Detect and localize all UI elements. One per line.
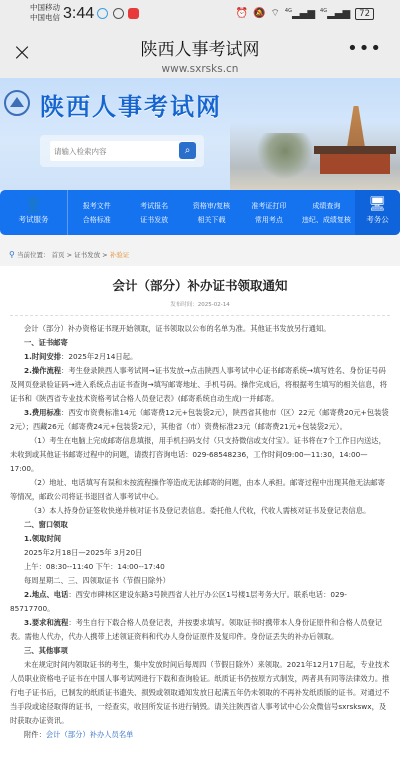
paragraph: （2）地址、电话填写有误和未按流程操作等造成无法邮寄的问题，由本人承担。邮寄过程… xyxy=(10,476,390,504)
breadcrumb-label: 当前位置： xyxy=(17,251,50,259)
breadcrumb: ⚲ 当前位置： 首页 > 证书发放 > 补验证 xyxy=(0,244,400,264)
nav-exam-announcements[interactable]: 🖥 考务公 xyxy=(355,190,400,235)
date-label: 发布时间： xyxy=(170,302,198,308)
search-icon: ⌕ xyxy=(185,145,191,156)
temple-image xyxy=(320,152,390,174)
intro-paragraph: 会计（部分）补办资格证书现开始领取，证书领取以公布的名单为准。其他证书发放另行通… xyxy=(10,322,390,336)
nav-link[interactable]: 报考文件 xyxy=(68,199,125,213)
nav-link[interactable]: 合格标准 xyxy=(68,213,125,227)
search-box: ⌕ xyxy=(40,135,204,167)
nav-link[interactable]: 准考证打印 xyxy=(240,199,297,213)
section-heading: 二、窗口领取 xyxy=(10,518,390,532)
article: 会计（部分）补办证书领取通知 发布时间：2025-02-14 会计（部分）补办资… xyxy=(0,266,400,780)
label: 3.费用标准 xyxy=(24,408,61,417)
battery-icon: 72 xyxy=(355,8,374,20)
user-star-icon: 👤 xyxy=(0,196,67,214)
carrier-2: 中国电信 xyxy=(30,13,60,23)
search-button[interactable]: ⌕ xyxy=(179,142,196,159)
attachment-link[interactable]: 会计（部分）补办人员名单 xyxy=(46,730,134,739)
trees-image xyxy=(255,133,315,178)
monitor-clock-icon: 🖥 xyxy=(355,195,400,214)
nav-exam-service-label: 考试服务 xyxy=(0,214,67,225)
nav-column: 考试报名 证书发放 xyxy=(125,190,182,235)
page-url: www.sxrsks.cn xyxy=(0,63,400,75)
article-body: 会计（部分）补办资格证书现开始领取，证书领取以公布的名单为准。其他证书发放另行通… xyxy=(10,322,390,742)
app-notification-icon xyxy=(113,8,124,19)
search-input[interactable] xyxy=(50,141,195,161)
carrier-1: 中国移动 xyxy=(30,3,60,13)
label: 1.时间安排 xyxy=(24,352,61,361)
paragraph: 3.费用标准：西安市资费标准14元（邮寄费12元+包装袋2元），陕西省其他市（区… xyxy=(10,406,390,434)
paragraph: 上午：08:30--11:40 下午：14:00--17:40 xyxy=(10,560,390,574)
paragraph: 未在规定时间内领取证书的考生，集中发放时间后每周四（节假日除外）来领取。2021… xyxy=(10,658,390,728)
attachment: 附件：会计（部分）补办人员名单 xyxy=(10,728,390,742)
carrier-info: 中国移动 中国电信 xyxy=(30,3,60,23)
close-icon[interactable]: × xyxy=(12,40,32,64)
article-title: 会计（部分）补办证书领取通知 xyxy=(10,276,390,294)
text: ：考生登录陕西人事考试网→证书发放→点击陕西人事考试中心证书邮寄系统→填写姓名、… xyxy=(10,366,387,403)
paragraph: 1.时间安排：2025年2月14日起。 xyxy=(10,350,390,364)
label: 2.操作流程 xyxy=(24,366,61,375)
nav-link[interactable]: 资格审/复核 xyxy=(183,199,240,213)
clock: 3:44 xyxy=(63,5,94,23)
breadcrumb-separator: > xyxy=(65,251,75,259)
nav-announce-label: 考务公 xyxy=(355,214,400,225)
more-icon[interactable]: ••• xyxy=(347,38,382,59)
browser-titlebar: × 陕西人事考试网 www.sxrsks.cn ••• xyxy=(0,30,400,78)
breadcrumb-section[interactable]: 证书发放 xyxy=(74,251,100,259)
nav-link[interactable]: 相关下载 xyxy=(183,213,240,227)
status-bar: 中国移动 中国电信 3:44 ⏰ 🔕 ⌔ 4G▂▄▆ 4G▂▄▆ 72 xyxy=(0,0,400,30)
app-notification-icon xyxy=(128,8,139,19)
breadcrumb-separator: > xyxy=(100,251,110,259)
nav-link[interactable]: 证书发放 xyxy=(125,213,182,227)
paragraph: （1）考生在电脑上完成邮寄信息填报，用手机扫码支付（只支持微信或支付宝）。证书将… xyxy=(10,434,390,476)
nav-column: 报考文件 合格标准 xyxy=(68,190,125,235)
main-nav: 👤 考试服务 报考文件 合格标准 考试报名 证书发放 资格审/复核 相关下载 准… xyxy=(0,190,400,235)
nav-link[interactable]: 成绩查询 xyxy=(298,199,355,213)
label: 3.要求和流程 xyxy=(24,618,68,627)
signal-icon: 4G▂▄▆ xyxy=(320,8,350,19)
section-heading: 一、证书邮寄 xyxy=(10,336,390,350)
breadcrumb-current: 补验证 xyxy=(110,251,130,259)
site-name[interactable]: 陕西人事考试网 xyxy=(40,87,222,122)
alarm-icon: ⏰ xyxy=(236,8,248,19)
status-icons: ⏰ 🔕 ⌔ 4G▂▄▆ 4G▂▄▆ 72 xyxy=(236,7,374,20)
date-value: 2025-02-14 xyxy=(198,302,230,308)
site-logo-icon[interactable] xyxy=(4,90,30,116)
text: ：2025年2月14日起。 xyxy=(61,352,137,361)
app-notification-icon xyxy=(97,8,108,19)
breadcrumb-home[interactable]: 首页 xyxy=(52,251,65,259)
text: ：西安市资费标准14元（邮寄费12元+包装袋2元），陕西省其他市（区）22元（邮… xyxy=(10,408,389,431)
paragraph: 3.要求和流程：考生自行下载合格人员登记表，并按要求填写。领取证书时携带本人身份… xyxy=(10,616,390,644)
location-pin-icon: ⚲ xyxy=(9,250,15,259)
paragraph: 2.操作流程：考生登录陕西人事考试网→证书发放→点击陕西人事考试中心证书邮寄系统… xyxy=(10,364,390,406)
nav-columns: 报考文件 合格标准 考试报名 证书发放 资格审/复核 相关下载 准考证打印 常用… xyxy=(68,190,355,235)
nav-exam-service[interactable]: 👤 考试服务 xyxy=(0,190,68,235)
nav-link[interactable]: 考试报名 xyxy=(125,199,182,213)
signal-icon: 4G▂▄▆ xyxy=(285,8,315,19)
attachment-label: 附件： xyxy=(24,730,46,739)
nav-column: 资格审/复核 相关下载 xyxy=(183,190,240,235)
sub-heading: 1.领取时间 xyxy=(10,532,390,546)
nav-link[interactable]: 违纪、成绩复核 xyxy=(298,213,355,227)
nav-column: 准考证打印 常用考点 xyxy=(240,190,297,235)
nav-column: 成绩查询 违纪、成绩复核 xyxy=(298,190,355,235)
nav-link[interactable]: 常用考点 xyxy=(240,213,297,227)
article-date: 发布时间：2025-02-14 xyxy=(10,300,390,316)
label: 2.地点、电话 xyxy=(24,590,68,599)
site-banner: 陕西人事考试网 ⌕ xyxy=(0,78,400,190)
paragraph: 2025年2月18日—2025年 3月20日 xyxy=(10,546,390,560)
section-heading: 三、其他事项 xyxy=(10,644,390,658)
paragraph: （3）本人持身份证签收快递并核对证书及登记表信息。委托他人代收，代收人需核对证书… xyxy=(10,504,390,518)
wifi-icon: ⌔ xyxy=(270,7,279,20)
page-title: 陕西人事考试网 xyxy=(0,30,400,60)
mute-icon: 🔕 xyxy=(253,8,265,19)
paragraph: 2.地点、电话：西安市碑林区建设东路3号陕西省人社厅办公区1号楼1层考务大厅。联… xyxy=(10,588,390,616)
banner-image xyxy=(230,78,400,190)
paragraph: 每周星期二、三、四领取证书（节假日除外） xyxy=(10,574,390,588)
